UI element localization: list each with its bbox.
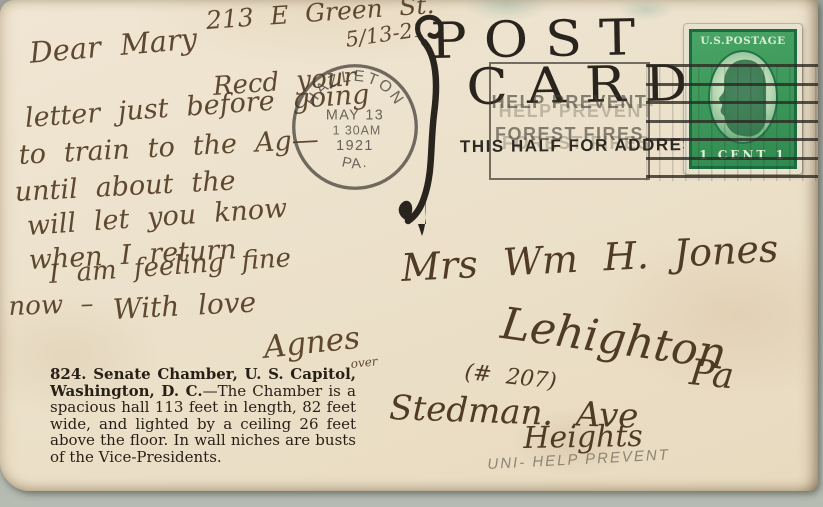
- postcard-back: 213 E Green St. 5/13-21 Dear Mary Recd y…: [0, 0, 818, 491]
- postmark-city: HAZLETON: [302, 68, 407, 109]
- signature: Agnes: [262, 320, 362, 366]
- address-number-note: (# 207): [463, 360, 557, 395]
- cancel-bar-ticks: [646, 64, 818, 181]
- postmark-date: MAY 13: [326, 107, 384, 123]
- svg-text:HAZLETON: HAZLETON: [302, 68, 407, 109]
- pencil-note: UNI- HELP PREVENT: [487, 446, 670, 473]
- cancellation-killer-bars: [646, 64, 818, 181]
- message-salutation: Dear Mary: [28, 21, 198, 70]
- address-state: Pa: [688, 352, 736, 397]
- message-line: With love: [112, 285, 257, 325]
- stamp-country-label: U.S.POSTAGE: [700, 35, 785, 47]
- svg-text:PA.: PA.: [340, 154, 369, 172]
- slogan-cancel-box: HELP PREVENT FOREST FIRES: [489, 62, 650, 180]
- message-line: now –: [8, 289, 94, 322]
- slogan-cancel-line1: HELP PREVENT: [491, 92, 648, 113]
- postmark-circle: HAZLETON MAY 13 1 30AM 1921 PA.: [288, 60, 422, 194]
- postmark-time: 1 30AM: [333, 124, 382, 138]
- postmark-year: 1921: [336, 138, 374, 154]
- postmark-state: PA.: [340, 154, 369, 172]
- printed-caption: 824. Senate Chamber, U. S. Capitol, Wash…: [50, 366, 356, 465]
